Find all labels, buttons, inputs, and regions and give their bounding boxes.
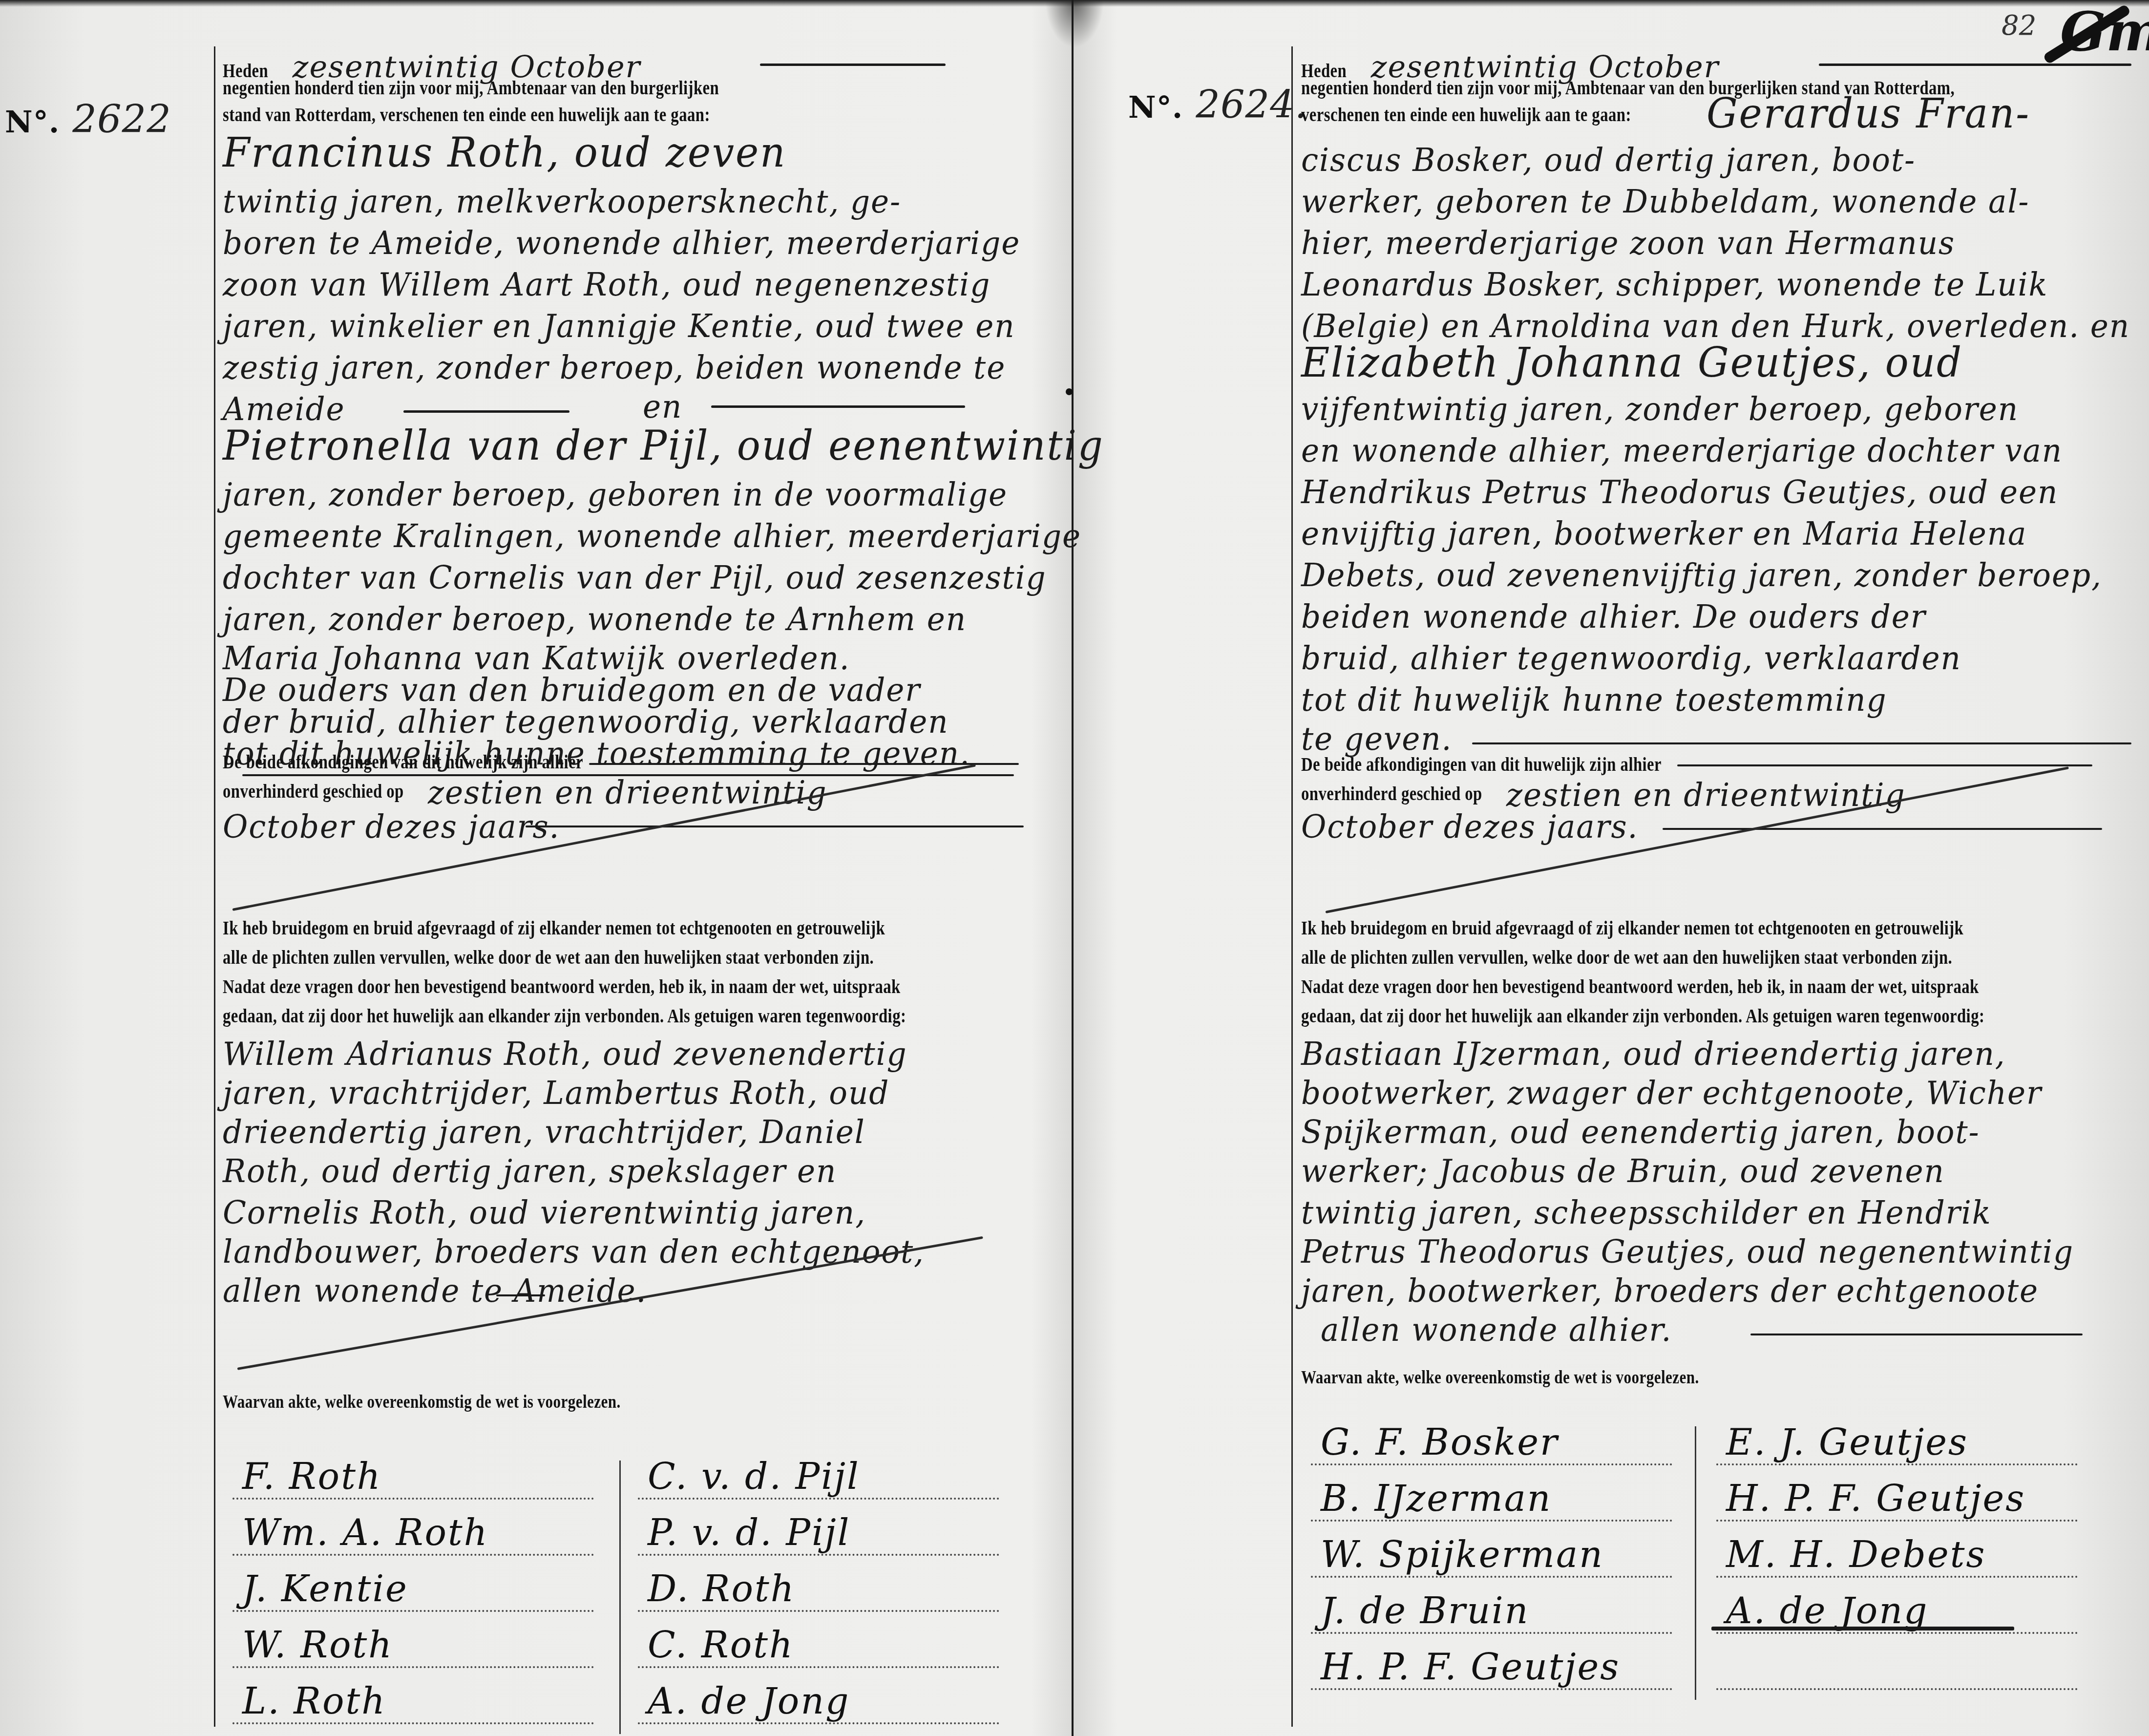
signature: F. Roth [242, 1456, 382, 1498]
witness-line: jaren, vrachtrijder, Lambertus Roth, oud [223, 1072, 889, 1114]
fill-line [589, 763, 1019, 765]
fill-line [496, 1294, 545, 1296]
banns-month: October dezes jaars. [223, 806, 560, 847]
banns-month: October dezes jaars. [1301, 806, 1638, 847]
signature-column: E. J. Geutjes H. P. F. Geutjes M. H. Deb… [1707, 1412, 2087, 1705]
signature-line [232, 1722, 594, 1724]
folio-mark: 82 [2002, 10, 2036, 42]
signature-column: F. Roth Wm. A. Roth J. Kentie W. Roth L.… [223, 1446, 604, 1736]
signature: W. Roth [242, 1624, 393, 1666]
bride-line: tot dit huwelijk hunne toestemming [1301, 679, 1887, 720]
printed-line: Nadat deze vragen door hen bevestigend b… [223, 972, 901, 1001]
printed-line: Ik heb bruidegom en bruid afgevraagd of … [1301, 913, 1963, 943]
record-prefix: N°. [5, 104, 60, 140]
witness-line: allen wonende te Ameide. [223, 1270, 647, 1312]
groom-line: Leonardus Bosker, schipper, wonende te L… [1301, 264, 2048, 305]
bride-line: en wonende alhier, meerderjarige dochter… [1301, 430, 2063, 471]
signature-column: G. F. Bosker B. IJzerman W. Spijkerman J… [1301, 1412, 1682, 1705]
left-page: N°.2622 Heden zesentwintig October negen… [0, 0, 1072, 1736]
signature: B. IJzerman [1321, 1478, 1552, 1520]
groom-line: werker, geboren te Dubbeldam, wonende al… [1301, 181, 2029, 222]
fill-line [760, 64, 946, 66]
groom-line: hier, meerderjarige zoon van Hermanus [1301, 222, 1955, 264]
bride-line: beiden wonende alhier. De ouders der [1301, 596, 1926, 637]
signature-line [1716, 1576, 2078, 1578]
witness-line: werker; Jacobus de Bruin, oud zevenen [1301, 1150, 1945, 1192]
signature: W. Spijkerman [1321, 1534, 1604, 1576]
fill-line [711, 405, 965, 408]
signature-line [232, 1666, 594, 1668]
record-number-value: 2622 [72, 98, 171, 142]
printed-line: gedaan, dat zij door het huwelijk aan el… [223, 1001, 906, 1031]
witness-line: Petrus Theodorus Geutjes, oud negenentwi… [1301, 1231, 2074, 1272]
signature-line [1716, 1463, 2078, 1465]
signature-line [232, 1554, 594, 1556]
signature: J. de Bruin [1321, 1590, 1529, 1632]
signature-line [232, 1610, 594, 1612]
witness-line: Spijkerman, oud eenendertig jaren, boot- [1301, 1111, 1980, 1153]
printed-line: alle de plichten zullen vervullen, welke… [223, 943, 874, 972]
signature: M. H. Debets [1726, 1534, 1986, 1576]
signature-divider [619, 1461, 621, 1734]
signature: C. Roth [648, 1624, 794, 1666]
signature-line [638, 1610, 999, 1612]
fill-line [526, 826, 1024, 827]
witness-line: jaren, bootwerker, broeders der echtgeno… [1301, 1270, 2039, 1312]
signature-line [232, 1498, 594, 1500]
groom-line: jaren, winkelier en Jannigje Kentie, oud… [223, 305, 1015, 347]
groom-line: twintig jaren, melkverkoopersknecht, ge- [223, 181, 901, 222]
official-initials: Gm [2060, 0, 2149, 63]
printed-line: verschenen ten einde een huwelijk aan te… [1301, 100, 1631, 129]
signature: H. P. F. Geutjes [1321, 1646, 1620, 1688]
signature-line [638, 1666, 999, 1668]
signature: L. Roth [242, 1680, 386, 1722]
groom-line: boren te Ameide, wonende alhier, meerder… [223, 222, 1020, 264]
signature: P. v. d. Pijl [648, 1512, 850, 1554]
signature: A. de Jong [648, 1680, 850, 1722]
fill-line [1472, 742, 2131, 744]
signature-line [1716, 1688, 2078, 1690]
record-prefix: N°. [1128, 89, 1183, 125]
signature: Wm. A. Roth [242, 1512, 488, 1554]
printed-line: gedaan, dat zij door het huwelijk aan el… [1301, 1001, 1984, 1031]
printed-line: alle de plichten zullen vervullen, welke… [1301, 943, 1952, 972]
signature-line [1311, 1688, 1672, 1690]
bride-line: dochter van Cornelis van der Pijl, oud z… [223, 557, 1047, 598]
groom-line: Francinus Roth, oud zeven [223, 132, 786, 173]
witness-line: Cornelis Roth, oud vierentwintig jaren, [223, 1192, 866, 1233]
bride-line: jaren, zonder beroep, geboren in de voor… [223, 474, 1008, 515]
signature-line [638, 1498, 999, 1500]
bride-line: Hendrikus Petrus Theodorus Geutjes, oud … [1301, 471, 2058, 513]
signature: G. F. Bosker [1321, 1421, 1559, 1463]
witness-line: Roth, oud dertig jaren, spekslager en [223, 1150, 837, 1192]
signature-line [1716, 1632, 2078, 1634]
bride-line: envijftig jaren, bootwerker en Maria Hel… [1301, 513, 2027, 554]
bride-line: jaren, zonder beroep, wonende te Arnhem … [223, 598, 967, 640]
signature: E. J. Geutjes [1726, 1421, 1968, 1463]
witness-line: allen wonende alhier. [1321, 1309, 1672, 1351]
printed-line: negentien honderd tien zijn voor mij, Am… [223, 73, 719, 103]
witness-line: twintig jaren, scheepsschilder en Hendri… [1301, 1192, 1992, 1233]
bride-line: gemeente Kralingen, wonende alhier, meer… [223, 515, 1081, 557]
groom-line: Gerardus Fran- [1707, 93, 2030, 134]
witness-line: drieendertig jaren, vrachtrijder, Daniel [223, 1111, 865, 1153]
groom-line: zestig jaren, zonder beroep, beiden wone… [223, 347, 1006, 388]
signature-area: G. F. Bosker B. IJzerman W. Spijkerman J… [1301, 1412, 2131, 1705]
fill-line [1677, 764, 2092, 766]
bride-line: vijfentwintig jaren, zonder beroep, gebo… [1301, 388, 2019, 430]
record-number: N°.2622 [5, 98, 171, 142]
closing-line: Waarvan akte, welke overeenkomstig de we… [1301, 1363, 1699, 1392]
right-page: N°.2624. 82 Gm Heden zesentwintig Octobe… [1074, 0, 2149, 1736]
flourish-stroke [1711, 1627, 2014, 1630]
signature: A. de Jong [1726, 1590, 1928, 1632]
signature-line [1311, 1576, 1672, 1578]
signature-divider [1695, 1426, 1696, 1700]
printed-line: Nadat deze vragen door hen bevestigend b… [1301, 972, 1979, 1001]
witness-line: Bastiaan IJzerman, oud drieendertig jare… [1301, 1033, 2006, 1075]
bride-line: bruid, alhier tegenwoordig, verklaarden [1301, 637, 1961, 679]
closing-line: Waarvan akte, welke overeenkomstig de we… [223, 1387, 621, 1417]
record-number: N°.2624. [1128, 83, 1307, 127]
printed-line: stand van Rotterdam, verschenen ten eind… [223, 100, 710, 129]
printed-line: onverhinderd geschied op [1301, 779, 1482, 808]
signature-line [1311, 1520, 1672, 1522]
margin-rule [214, 46, 215, 1727]
printed-line: onverhinderd geschied op [223, 777, 404, 806]
signature-line [1311, 1463, 1672, 1465]
bride-line: Pietronella van der Pijl, oud eenentwint… [223, 425, 1104, 466]
groom-line: zoon van Willem Aart Roth, oud negenenze… [223, 264, 990, 305]
signature-area: F. Roth Wm. A. Roth J. Kentie W. Roth L.… [223, 1446, 1053, 1736]
bride-line: Elizabeth Johanna Geutjes, oud [1301, 342, 1963, 383]
signature-line [1716, 1520, 2078, 1522]
margin-rule [1291, 46, 1293, 1727]
signature: C. v. d. Pijl [648, 1456, 860, 1498]
signature-line [1311, 1632, 1672, 1634]
record-number-value: 2624. [1196, 83, 1307, 127]
printed-line: Ik heb bruidegom en bruid afgevraagd of … [223, 913, 885, 943]
bride-line: Debets, oud zevenenvijftig jaren, zonder… [1301, 554, 2102, 596]
signature: J. Kentie [242, 1568, 408, 1610]
signature-line [638, 1722, 999, 1724]
signature: H. P. F. Geutjes [1726, 1478, 2025, 1520]
groom-line: ciscus Bosker, oud dertig jaren, boot- [1301, 139, 1916, 181]
witness-line: bootwerker, zwager der echtgenoote, Wich… [1301, 1072, 2042, 1114]
signature: D. Roth [648, 1568, 795, 1610]
fill-line [1750, 1334, 2083, 1335]
fill-line [1819, 64, 2131, 66]
fill-line [403, 410, 569, 413]
fill-line [1663, 828, 2102, 830]
witness-line: Willem Adrianus Roth, oud zevenendertig [223, 1033, 907, 1075]
signature-line [638, 1554, 999, 1556]
signature-column: C. v. d. Pijl P. v. d. Pijl D. Roth C. R… [628, 1446, 1009, 1736]
